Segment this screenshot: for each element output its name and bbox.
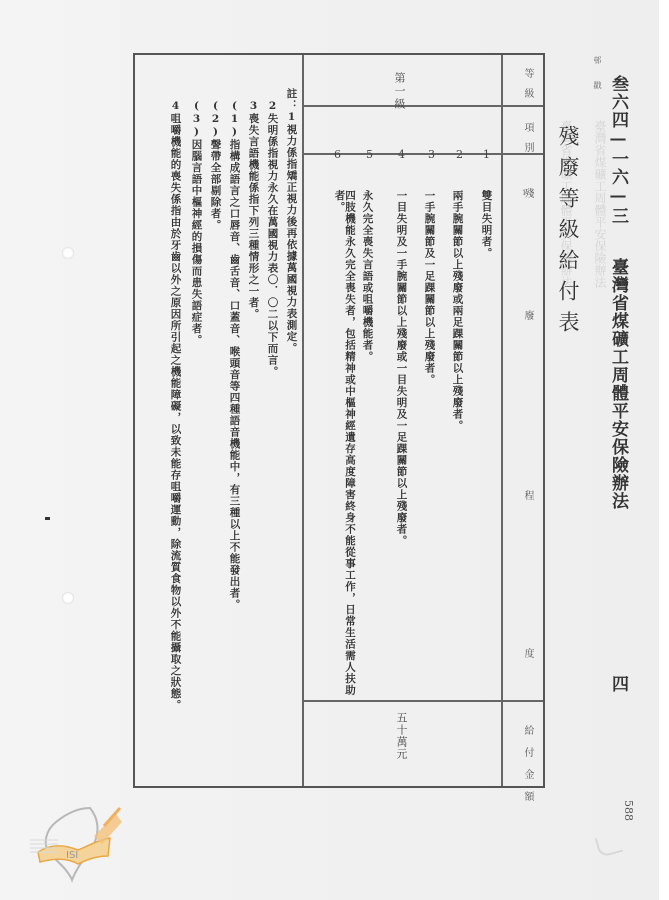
bleed-through-text: 臺灣省煤礦工周體平安保險辦法: [592, 120, 609, 288]
divider: [302, 700, 543, 702]
grade-value: 第一級: [391, 72, 407, 111]
note-line: (3)因腦言語中樞神經的損傷而患失語症者。: [191, 100, 202, 346]
row-number: 5: [366, 148, 373, 161]
divider: [302, 105, 543, 107]
row-number: 1: [483, 148, 490, 161]
disability-label-char: 度: [520, 648, 535, 658]
divider: [501, 55, 503, 786]
row-text: 兩手腕關節以上殘廢或兩足踝關節以上殘廢者。: [452, 190, 463, 432]
scan-mark: [45, 517, 50, 520]
note-line: 4咀嚼機能的喪失係指由於牙齒以外之原因所引起之機能障礙，以致未能存咀嚼運動，除流…: [170, 100, 181, 740]
divider: [302, 55, 304, 786]
disability-label-char: 程: [520, 490, 535, 500]
punch-hole: [62, 247, 74, 259]
item-header: 項別: [520, 122, 535, 162]
payment-value: 五十萬元: [393, 712, 409, 760]
law-title: 臺灣省煤礦工周體平安保險辦法: [606, 258, 631, 510]
scanned-page: 邨 戳 叁六四—一六—三 臺灣省煤礦工周體平安保險辦法 四 臺灣省煤礦工周體平安…: [0, 0, 669, 900]
archive-logo-icon: ISI: [28, 800, 128, 890]
note-line: 3喪失言語機能係指下列三種情形之一者。: [248, 100, 259, 320]
row-number: 3: [428, 148, 435, 161]
row-number: 2: [456, 148, 463, 161]
svg-text:ISI: ISI: [66, 850, 78, 861]
disability-label-char: 廢: [520, 310, 535, 320]
note-line: (2)聲帶全部剔除者。: [210, 100, 221, 231]
row-number: 4: [398, 148, 405, 161]
payment-header: 給付金額: [520, 725, 535, 813]
row-text: 四肢機能永久完全喪失者，包括精神或中樞神經遺存高度障害終身不能從事工作，日常生活…: [334, 190, 355, 700]
row-text: 一目失明及一手腕關節以上殘廢或一目失明及一足踝關節以上殘廢者。: [396, 190, 407, 547]
page-number: 588: [622, 800, 635, 821]
note-line: (1)指構成語言之口唇音、齒舌音、口蓋音、喉頭音等四種語音機能中，有三種以上不能…: [229, 100, 240, 611]
note-line: 註：1視力係指矯正視力後再依據萬國視力表測定。: [286, 88, 297, 354]
punch-hole: [62, 592, 74, 604]
page-edge: [659, 0, 669, 900]
header-small-stamp: 邨 戳: [592, 56, 603, 93]
row-text: 雙目失明者。: [481, 190, 492, 259]
row-number: 6: [334, 148, 341, 161]
table-title: 殘廢等級給付表: [553, 125, 583, 342]
disability-label-char: 殘: [520, 188, 535, 198]
page-marker: 四: [606, 675, 631, 692]
note-line: 2失明係指視力永久在萬國視力表〇．〇二以下而言。: [267, 100, 278, 378]
row-text: 一手腕關節及一足踝關節以上殘廢者。: [424, 190, 435, 386]
row-text: 永久完全喪失言語或咀嚼機能者。: [362, 190, 373, 363]
document-code: 叁六四—一六—三: [606, 75, 631, 225]
grade-header: 等級: [520, 68, 535, 108]
handwritten-mark: [595, 832, 623, 858]
